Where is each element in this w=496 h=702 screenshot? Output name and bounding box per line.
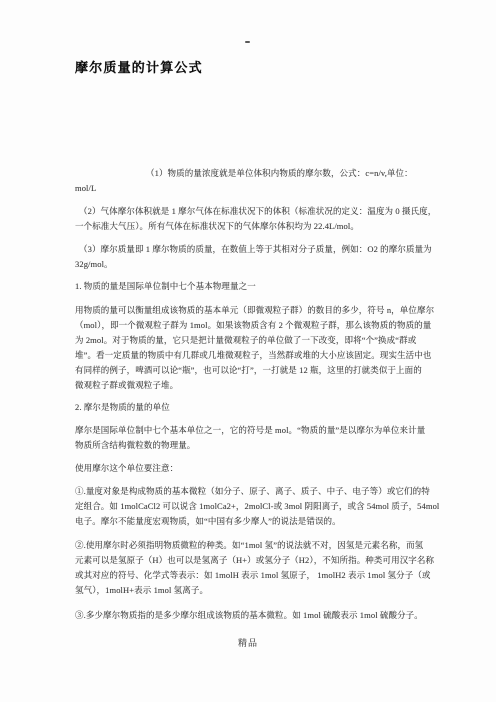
document-page: 摩尔质量的计算公式 （1）物质的量浓度就是单位体积内物质的摩尔数，公式：c=n/… (0, 0, 496, 702)
paragraph-note-3: ③.多少摩尔物质指的是多少摩尔组成该物质的基本微粒。如 1mol 硫酸表示 1m… (75, 608, 461, 623)
document-title: 摩尔质量的计算公式 (75, 59, 461, 77)
heading-amount-of-substance: 1. 物质的量是国际单位制中七个基本物理量之一 (75, 279, 461, 294)
paragraph-gas-molar-volume: （2）气体摩尔体积就是 1 摩尔气体在标准状况下的体积（标准状况的定义：温度为 … (75, 204, 461, 234)
paragraph-molar-concentration: （1）物质的量浓度就是单位体积内物质的摩尔数，公式：c=n/v,单位： mol/… (75, 166, 461, 196)
paragraph-mole-definition: 摩尔是国际单位制中七个基本单位之一，它的符号是 mol。“物质的量”是以摩尔为单… (75, 423, 461, 453)
footer-watermark: 精品 (0, 636, 496, 651)
paragraph-usage-note-intro: 使用摩尔这个单位要注意： (75, 461, 461, 476)
heading-mole-unit: 2. 摩尔是物质的量的单位 (75, 400, 461, 415)
paragraph-note-1: ①.量度对象是构成物质的基本微粒（如分子、原子、离子、质子、中子、电子等）或它们… (75, 484, 461, 529)
paragraph-note-2: ②.使用摩尔时必须指明物质微粒的种类。如“1mol 氢”的说法就不对，因氢是元素… (75, 538, 461, 598)
paragraph-molar-mass: （3）摩尔质量即 1 摩尔物质的质量，在数值上等于其相对分子质量，例如：O2 的… (75, 242, 461, 272)
paragraph-particle-groups: 用物质的量可以衡量组成该物质的基本单元（即微观粒子群）的数目的多少，符号 n，单… (75, 303, 461, 393)
document-body: 摩尔质量的计算公式 （1）物质的量浓度就是单位体积内物质的摩尔数，公式：c=n/… (75, 0, 461, 623)
